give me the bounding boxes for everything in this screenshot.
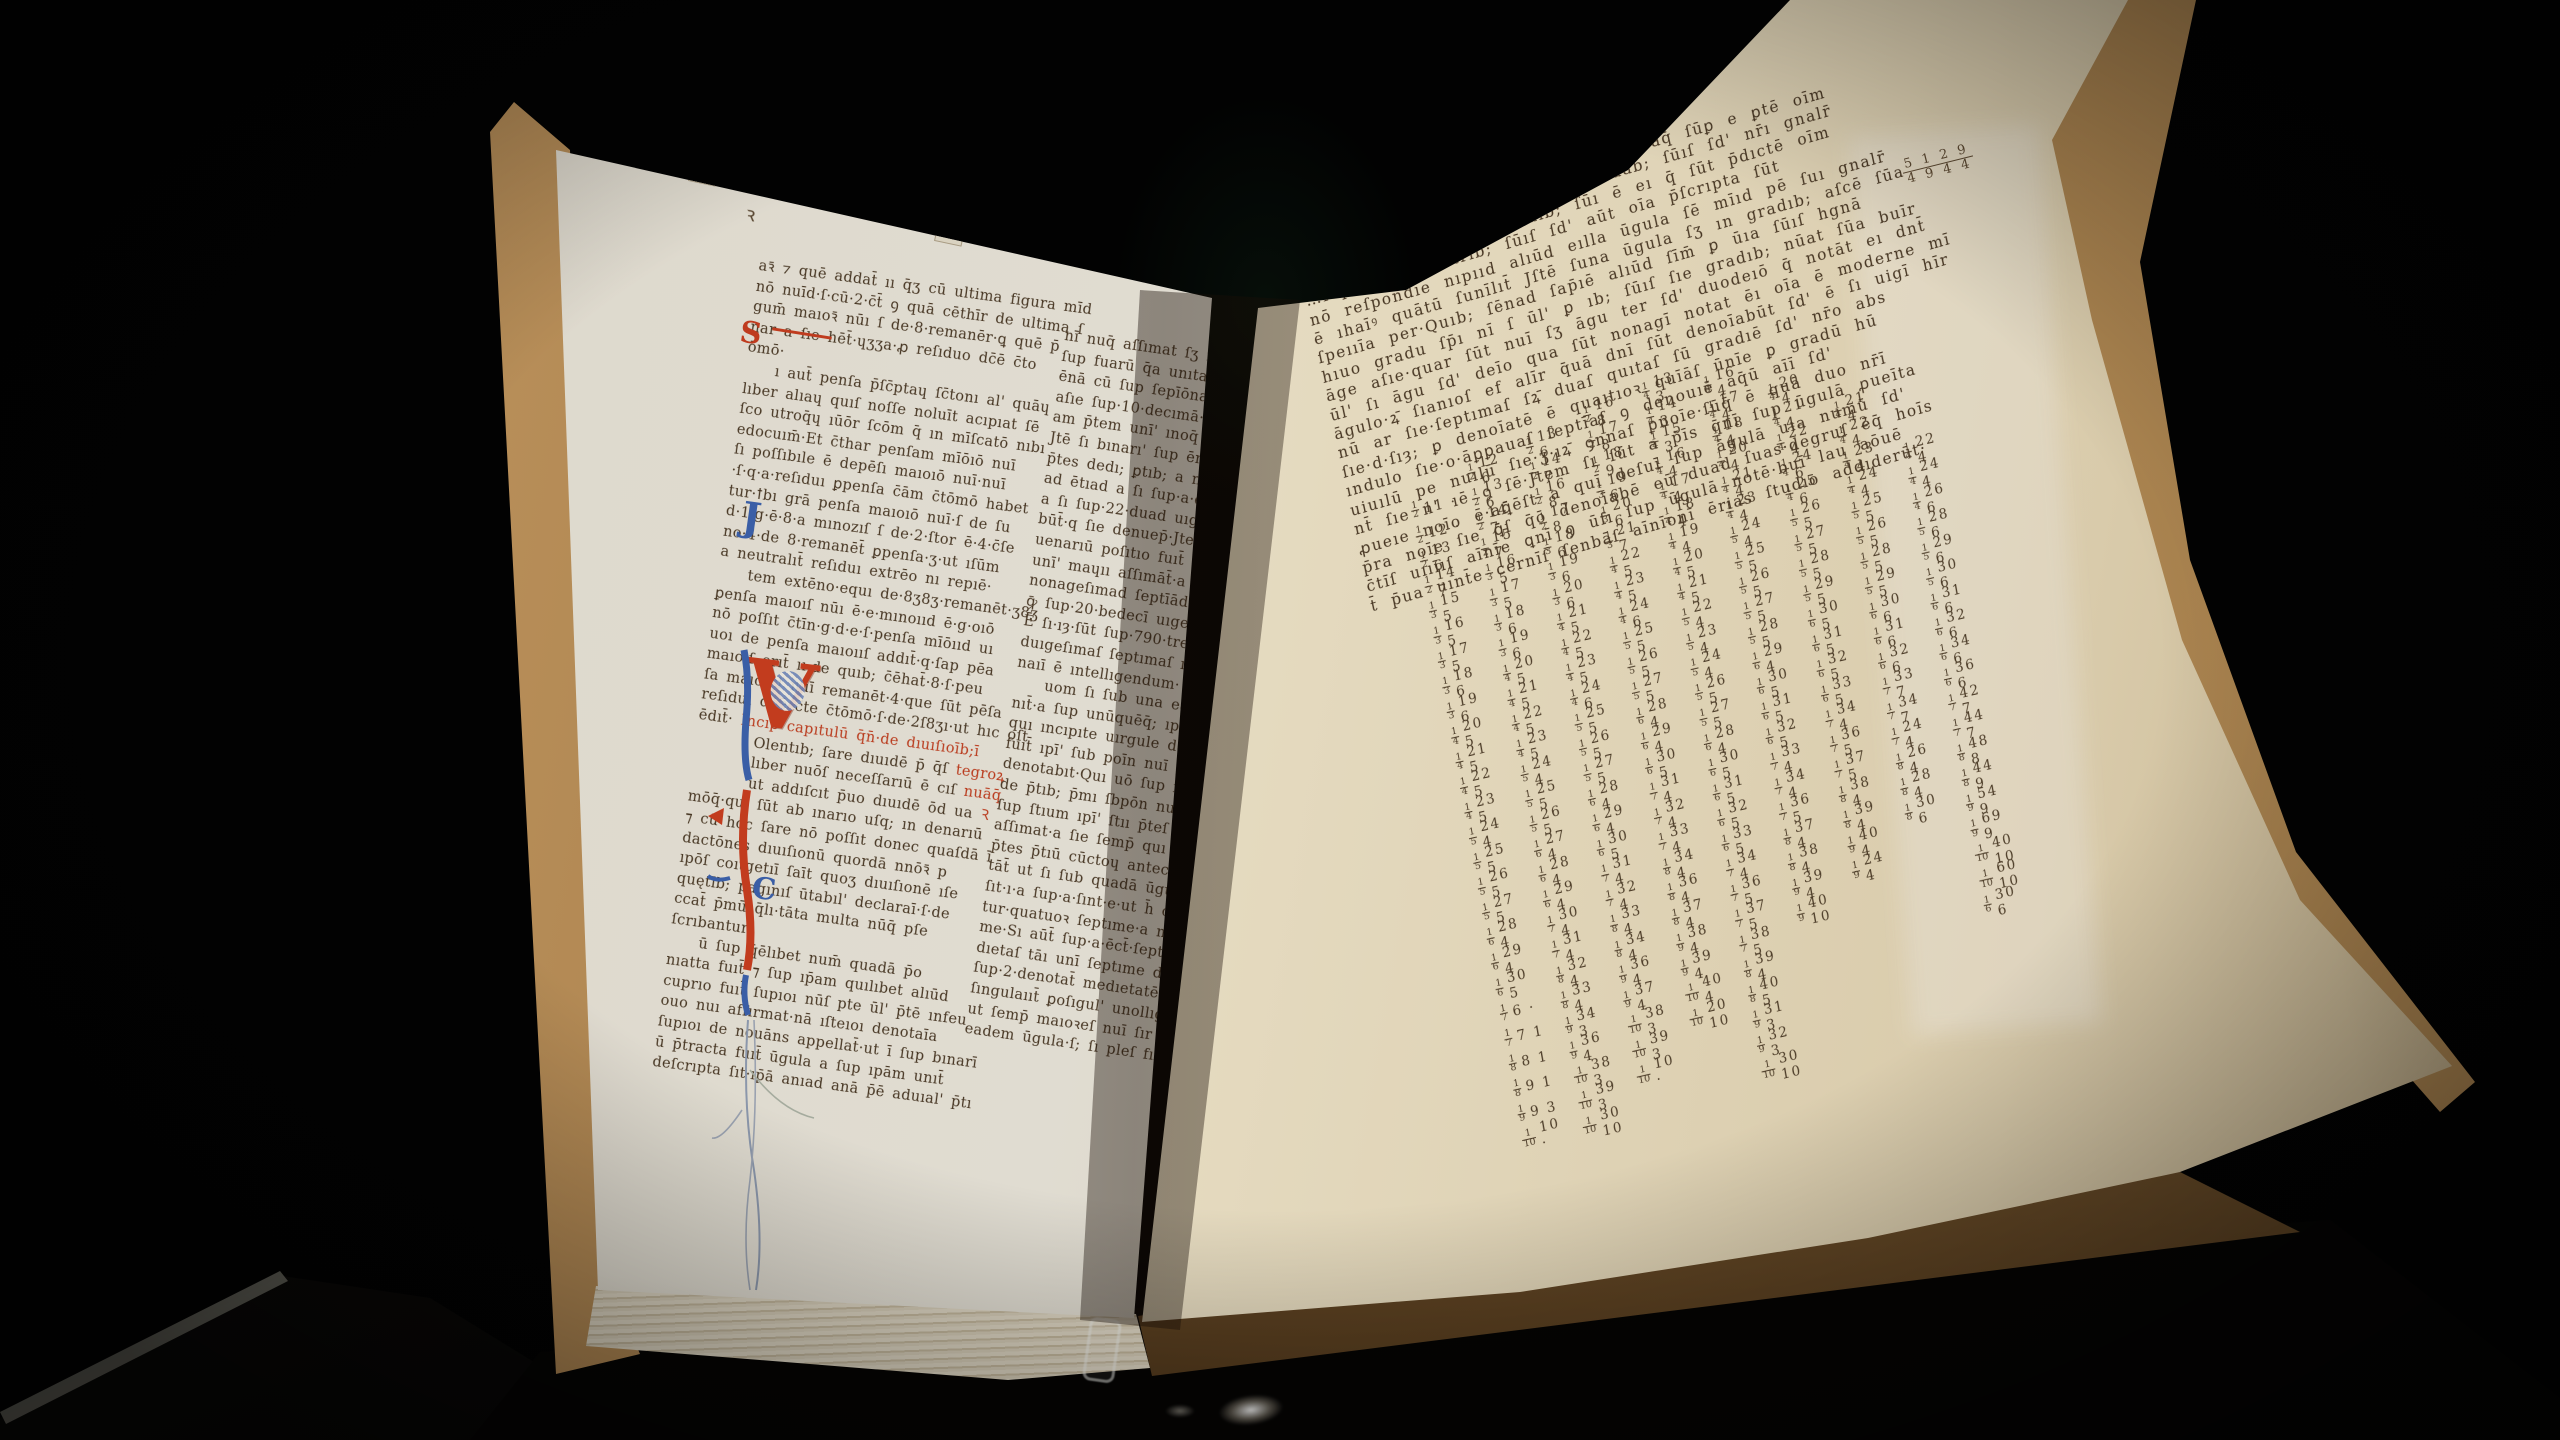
photo-vignette xyxy=(0,0,2560,1440)
photograph-of-open-manuscript: ꝛ aꝛ̄ ⁊ quē addat̄ ıı q̄ʒ cū ultima figu… xyxy=(0,0,2560,1440)
